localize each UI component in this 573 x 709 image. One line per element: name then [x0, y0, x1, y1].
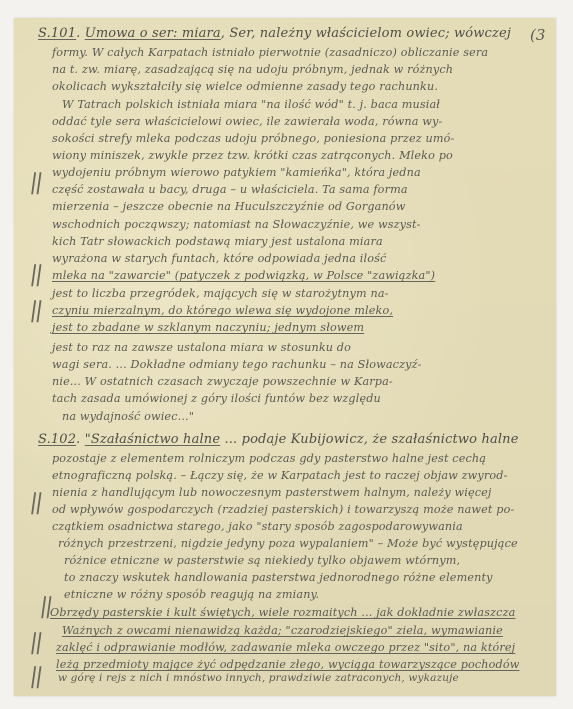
text-line: sokości strefy mleka podczas udoju próbn…	[52, 132, 454, 145]
text-line: różnych przestrzeni, nigdzie jedyny poza…	[58, 537, 518, 550]
text-line: od wpływów gospodarczych (rzadziej paste…	[52, 503, 514, 516]
text-line: wyrażona w starych funtach, które odpowi…	[52, 252, 386, 265]
text-line: nienia z handlującym lub nowoczesnym pas…	[52, 486, 492, 499]
text-line: w górę i rejs z nich i mnóstwo innych, p…	[58, 672, 459, 684]
text-line-underlined: czyniu mierzalnym, do którego wlewa się …	[52, 304, 393, 317]
text-line: wagi sera. ... Dokładne odmiany tego rac…	[52, 358, 422, 371]
text-line: czątkiem osadnictwa starego, jako "stary…	[52, 520, 463, 533]
section-1-heading: S.101. Umowa o ser: miara, Ser, należny …	[38, 26, 511, 41]
section-1-title: Umowa o ser: miara	[85, 26, 221, 41]
text-line: formy. W całych Karpatach istniało pierw…	[52, 46, 488, 59]
text-line: wydojeniu próbnym wierowo patykiem "kami…	[52, 166, 421, 179]
text-line: mierzenia – jeszcze obecnie na Huculszcz…	[52, 200, 405, 213]
text-line-underlined: jest to zbadane w szklanym naczyniu; jed…	[52, 321, 364, 334]
text-line: wschodnich począwszy; natomiast na Słowa…	[52, 218, 421, 231]
text-line-underlined: mleka na "zawarcie" (patyczek z podwiązk…	[52, 269, 435, 282]
text-line: W Tatrach polskich istniała miara "na il…	[62, 98, 440, 111]
section-2-label: S.102	[38, 432, 76, 447]
text-line: ... podaje Kubijowicz, że szałaśnictwo h…	[224, 432, 518, 447]
text-line-underlined: Ważnych z owcami nienawidzą każda; "czar…	[62, 624, 503, 637]
text-line: wiony miniszek, zwykle przez tzw. krótki…	[52, 149, 453, 162]
text-line: tach zasada umówionej z góry ilości funt…	[52, 392, 381, 405]
section-2-heading: S.102. "Szałaśnictwo halne ... podaje Ku…	[38, 432, 519, 447]
text-line-underlined: leżą przedmioty mające żyć odpędzanie zł…	[56, 658, 519, 671]
section-2-title: "Szałaśnictwo halne	[85, 432, 220, 447]
text-line: oddać tyle sera właścicielowi owiec, ile…	[52, 115, 442, 128]
text-line: pozostaje z elementem rolniczym podczas …	[52, 452, 486, 465]
text-line: na t. zw. miarę, zasadzającą się na udoj…	[52, 63, 453, 76]
page-number: (3	[530, 26, 545, 44]
text-line: nie... W ostatnich czasach zwyczaje pows…	[52, 375, 393, 388]
text-line-underlined: Obrzędy pasterskie i kult świętych, wiel…	[50, 606, 515, 619]
text-line: jest to raz na zawsze ustalona miara w s…	[52, 341, 351, 354]
text-line: różnice etniczne w pasterstwie są niekie…	[64, 554, 460, 567]
text-line: to znaczy wskutek handlowania pasterstwa…	[64, 571, 493, 584]
text-line: jest to liczba przegródek, mających się …	[52, 287, 389, 300]
text-line: okolicach wykształciły się wielce odmien…	[52, 80, 438, 93]
text-line: na wydajność owiec..."	[62, 410, 194, 423]
text-line: etnograficzną polską. – Łączy się, że w …	[52, 469, 508, 482]
section-1-label: S.101	[38, 26, 76, 41]
text-line: kich Tatr słowackich podstawą miary jest…	[52, 235, 383, 248]
text-line: część zostawała u bacy, druga – u właści…	[52, 183, 408, 196]
text-line-underlined: zaklęć i odprawianie modłów, zadawanie m…	[56, 641, 515, 654]
page-number-value: 3	[536, 26, 546, 44]
text-line: Ser, należny właścicielom owiec; wówczej	[229, 26, 511, 41]
text-line: etniczne w różny sposób reagują na zmian…	[64, 588, 319, 601]
